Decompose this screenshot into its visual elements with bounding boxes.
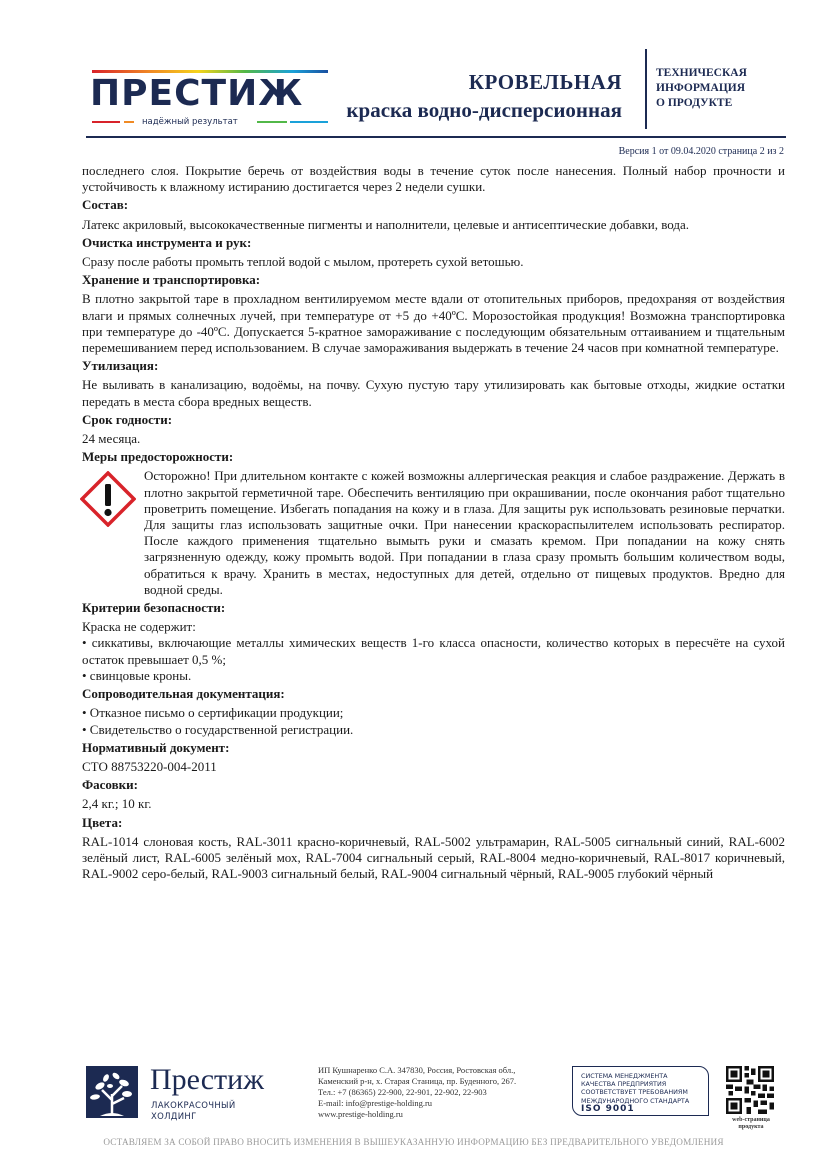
- section-text-storage: В плотно закрытой таре в прохладном вент…: [82, 291, 785, 356]
- contact-address: ИП Кушнаренко С.А. 347830, Россия, Росто…: [318, 1065, 516, 1076]
- section-text-packaging: 2,4 кг.; 10 кг.: [82, 796, 785, 812]
- product-title: КРОВЕЛЬНАЯ: [469, 70, 622, 95]
- iso-text: СИСТЕМА МЕНЕДЖМЕНТА КАЧЕСТВА ПРЕДПРИЯТИЯ…: [581, 1072, 689, 1113]
- contact-address: Каменский р-н, х. Старая Станица, пр. Бу…: [318, 1076, 516, 1087]
- version-info: Версия 1 от 09.04.2020 страница 2 из 2: [619, 146, 784, 157]
- page-header: ПРЕСТИЖ надёжный результат КРОВЕЛЬНАЯ кр…: [0, 0, 827, 160]
- document-body: последнего слоя. Покрытие беречь от возд…: [82, 163, 785, 882]
- section-text-composition: Латекс акриловый, высококачественные пиг…: [82, 217, 785, 233]
- section-title-packaging: Фасовки:: [82, 777, 785, 793]
- brand-sub-line: ХОЛДИНГ: [151, 1112, 236, 1123]
- logo-wordmark: ПРЕСТИЖ: [90, 74, 303, 114]
- qr-label-line: web-страница: [722, 1117, 780, 1124]
- section-title-disposal: Утилизация:: [82, 358, 785, 374]
- section-title-safety: Критерии безопасности:: [82, 600, 785, 616]
- footer-brand-name: Престиж: [150, 1064, 264, 1096]
- tagline-stripe-orange: [124, 121, 134, 123]
- tech-info-label: ТЕХНИЧЕСКАЯ ИНФОРМАЦИЯ О ПРОДУКТЕ: [656, 66, 747, 111]
- precautions-block: Осторожно! При длительном контакте с кож…: [82, 468, 785, 598]
- header-divider: [86, 136, 786, 138]
- qr-code-icon[interactable]: [726, 1066, 774, 1114]
- tagline-stripe-red: [92, 121, 120, 123]
- prestige-logo: ПРЕСТИЖ надёжный результат: [90, 68, 330, 128]
- contact-phone: Тел.: +7 (86365) 22-900, 22-901, 22-902,…: [318, 1087, 516, 1098]
- safety-item: • сиккативы, включающие металлы химическ…: [82, 635, 785, 667]
- section-title-colors: Цвета:: [82, 815, 785, 831]
- section-text-normative: СТО 88753220-004-2011: [82, 759, 785, 775]
- safety-item: • свинцовые кроны.: [82, 668, 785, 684]
- iso-9001-badge: СИСТЕМА МЕНЕДЖМЕНТА КАЧЕСТВА ПРЕДПРИЯТИЯ…: [572, 1066, 709, 1116]
- product-subtitle: краска водно-дисперсионная: [346, 98, 622, 123]
- logo-tagline: надёжный результат: [142, 116, 238, 128]
- qr-label-line: продукта: [722, 1124, 780, 1131]
- section-title-shelf-life: Срок годности:: [82, 412, 785, 428]
- section-title-documents: Сопроводительная документация:: [82, 686, 785, 702]
- intro-paragraph: последнего слоя. Покрытие беречь от возд…: [82, 163, 785, 195]
- safety-lead: Краска не содержит:: [82, 619, 785, 635]
- tech-info-line: О ПРОДУКТЕ: [656, 96, 747, 111]
- section-title-storage: Хранение и транспортировка:: [82, 272, 785, 288]
- section-text-cleaning: Сразу после работы промыть теплой водой …: [82, 254, 785, 270]
- section-text-precautions: Осторожно! При длительном контакте с кож…: [144, 468, 785, 598]
- logo-tagline-row: надёжный результат: [92, 116, 328, 128]
- document-item: • Отказное письмо о сертификации продукц…: [82, 705, 785, 721]
- brand-sub-line: ЛАКОКРАСОЧНЫЙ: [151, 1101, 236, 1112]
- footer-disclaimer: ОСТАВЛЯЕМ ЗА СОБОЙ ПРАВО ВНОСИТЬ ИЗМЕНЕН…: [0, 1137, 827, 1147]
- footer-brand-subtitle: ЛАКОКРАСОЧНЫЙ ХОЛДИНГ: [151, 1101, 236, 1122]
- warning-exclamation-icon: [80, 471, 136, 527]
- section-text-shelf-life: 24 месяца.: [82, 431, 785, 447]
- section-text-disposal: Не выливать в канализацию, водоёмы, на п…: [82, 377, 785, 409]
- qr-label: web-страница продукта: [722, 1117, 780, 1131]
- tech-info-line: ИНФОРМАЦИЯ: [656, 81, 747, 96]
- tagline-stripe-green: [257, 121, 287, 123]
- document-item: • Свидетельство о государственной регист…: [82, 722, 785, 738]
- iso-line: СИСТЕМА МЕНЕДЖМЕНТА: [581, 1072, 689, 1080]
- tagline-stripe-blue: [290, 121, 328, 123]
- contact-email[interactable]: E-mail: info@prestige-holding.ru: [318, 1098, 516, 1109]
- iso-number: ISO 9001: [581, 1105, 689, 1113]
- footer-contacts: ИП Кушнаренко С.А. 347830, Россия, Росто…: [318, 1065, 516, 1120]
- iso-line: СООТВЕТСТВУЕТ ТРЕБОВАНИЯМ: [581, 1088, 689, 1096]
- section-title-composition: Состав:: [82, 197, 785, 213]
- section-title-precautions: Меры предосторожности:: [82, 449, 785, 465]
- section-text-colors: RAL-1014 слоновая кость, RAL-3011 красно…: [82, 834, 785, 883]
- iso-line: КАЧЕСТВА ПРЕДПРИЯТИЯ: [581, 1080, 689, 1088]
- tree-logo-icon: [86, 1066, 138, 1118]
- section-title-cleaning: Очистка инструмента и рук:: [82, 235, 785, 251]
- contact-website[interactable]: www.prestige-holding.ru: [318, 1109, 516, 1120]
- tech-info-line: ТЕХНИЧЕСКАЯ: [656, 66, 747, 81]
- header-vertical-divider: [645, 49, 647, 129]
- page-footer: Престиж ЛАКОКРАСОЧНЫЙ ХОЛДИНГ ИП Кушнаре…: [0, 1055, 827, 1169]
- section-title-normative: Нормативный документ:: [82, 740, 785, 756]
